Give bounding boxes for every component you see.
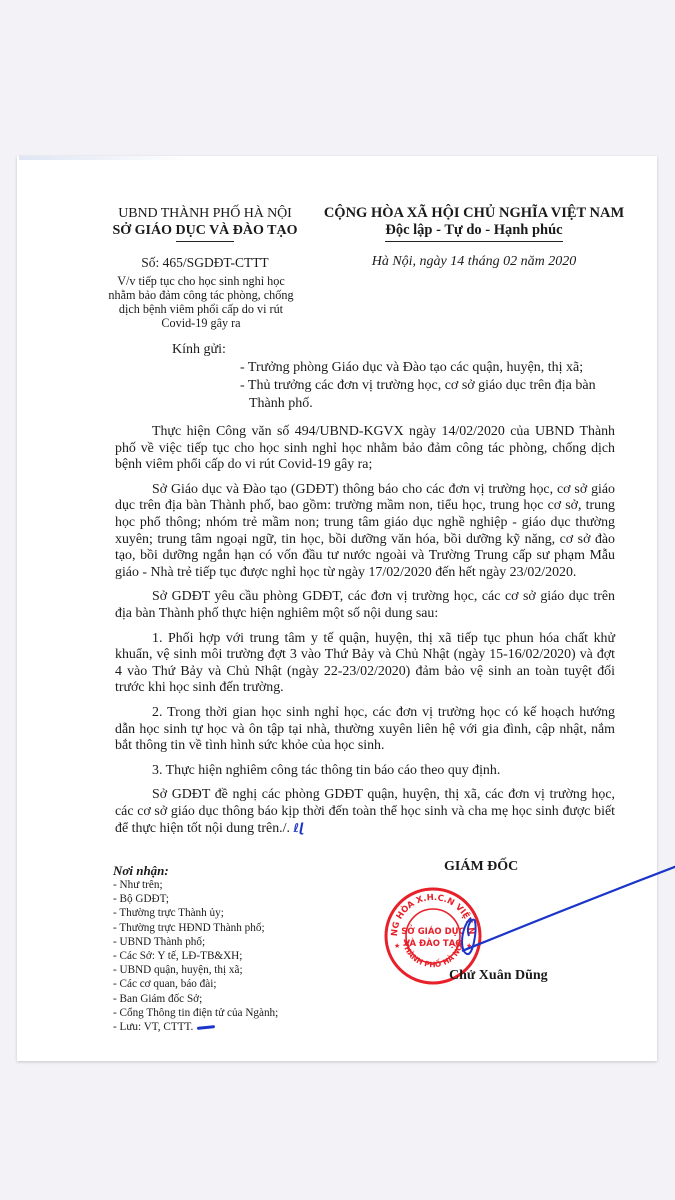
distribution-item: - Thường trực Thành ủy; xyxy=(113,906,278,920)
distribution-item: - UBND quận, huyện, thị xã; xyxy=(113,963,278,977)
subject-line: nhằm bảo đảm công tác phòng, chống xyxy=(85,288,317,302)
scan-edge-tint xyxy=(19,156,189,160)
document-page: UBND THÀNH PHỐ HÀ NỘI SỞ GIÁO DỤC VÀ ĐÀO… xyxy=(17,156,657,1061)
body-paragraph: 1. Phối hợp với trung tâm y tế quận, huy… xyxy=(115,631,615,697)
distribution-item: - Cổng Thông tin điện tử của Ngành; xyxy=(113,1006,278,1020)
body-paragraph: 2. Trong thời gian học sinh nghỉ học, cá… xyxy=(115,705,615,755)
national-motto: Độc lập - Tự do - Hạnh phúc xyxy=(304,222,644,239)
distribution-item: - Các Sở: Y tế, LĐ-TB&XH; xyxy=(113,949,278,963)
svg-text:★: ★ xyxy=(466,942,472,950)
addressee-list: - Trưởng phòng Giáo dục và Đào tạo các q… xyxy=(240,359,620,413)
subject-line: dịch bệnh viêm phổi cấp do vi rút xyxy=(85,302,317,316)
body-paragraph: Sở Giáo dục và Đào tạo (GDĐT) thông báo … xyxy=(115,482,615,582)
distribution-item: - Thường trực HĐND Thành phố; xyxy=(113,921,278,935)
reference-number: Số: 465/SGDĐT-CTTT xyxy=(100,254,310,271)
header-divider xyxy=(176,241,234,242)
distribution-item: - Ban Giám đốc Sở; xyxy=(113,992,278,1006)
distribution-item: - Các cơ quan, báo đài; xyxy=(113,977,278,991)
distribution-title: Nơi nhận: xyxy=(113,863,278,878)
issuer-header: UBND THÀNH PHỐ HÀ NỘI SỞ GIÁO DỤC VÀ ĐÀO… xyxy=(100,205,310,271)
signer-name: Chử Xuân Dũng xyxy=(449,968,548,984)
subject-summary: V/v tiếp tục cho học sinh nghỉ học nhằm … xyxy=(85,274,317,330)
svg-text:SỞ GIÁO DỤC: SỞ GIÁO DỤC xyxy=(401,924,465,937)
initials-mark-icon: ℓɭ xyxy=(293,821,303,835)
distribution-item: - Lưu: VT, CTTT. xyxy=(113,1020,278,1034)
signer-title: GIÁM ĐỐC xyxy=(444,859,518,875)
closing-text: Sở GDĐT đề nghị các phòng GDĐT quận, huy… xyxy=(115,787,615,836)
distribution-list: Nơi nhận: - Như trên; - Bộ GDĐT; - Thườn… xyxy=(113,863,278,1034)
national-header: CỘNG HÒA XÃ HỘI CHỦ NGHĨA VIỆT NAM Độc l… xyxy=(304,205,644,270)
distribution-item-text: - Lưu: VT, CTTT. xyxy=(113,1021,193,1033)
body-paragraph: Thực hiện Công văn số 494/UBND-KGVX ngày… xyxy=(115,424,615,474)
subject-line: V/v tiếp tục cho học sinh nghỉ học xyxy=(85,274,317,288)
letter-body: Thực hiện Công văn số 494/UBND-KGVX ngày… xyxy=(115,424,615,846)
closing-paragraph: Sở GDĐT đề nghị các phòng GDĐT quận, huy… xyxy=(115,787,615,838)
addressee-item: - Trưởng phòng Giáo dục và Đào tạo các q… xyxy=(240,359,620,377)
parent-org: UBND THÀNH PHỐ HÀ NỘI xyxy=(100,205,310,222)
issuing-org: SỞ GIÁO DỤC VÀ ĐÀO TẠO xyxy=(100,222,310,239)
issue-date: Hà Nội, ngày 14 tháng 02 năm 2020 xyxy=(304,253,644,270)
motto-divider xyxy=(385,241,563,242)
distribution-item: - UBND Thành phố; xyxy=(113,935,278,949)
addressee-item: - Thủ trưởng các đơn vị trường học, cơ s… xyxy=(240,377,620,413)
svg-text:VÀ ĐÀO TẠO: VÀ ĐÀO TẠO xyxy=(403,937,462,949)
subject-line: Covid-19 gây ra xyxy=(85,316,317,330)
distribution-item: - Bộ GDĐT; xyxy=(113,892,278,906)
svg-text:★: ★ xyxy=(394,942,400,950)
distribution-item: - Như trên; xyxy=(113,878,278,892)
country-name: CỘNG HÒA XÃ HỘI CHỦ NGHĨA VIỆT NAM xyxy=(304,205,644,222)
ink-tick-icon xyxy=(197,1025,215,1030)
body-paragraph: 3. Thực hiện nghiêm công tác thông tin b… xyxy=(115,763,615,780)
addressee-label: Kính gửi: xyxy=(172,342,226,358)
body-paragraph: Sở GDĐT yêu cầu phòng GDĐT, các đơn vị t… xyxy=(115,589,615,622)
